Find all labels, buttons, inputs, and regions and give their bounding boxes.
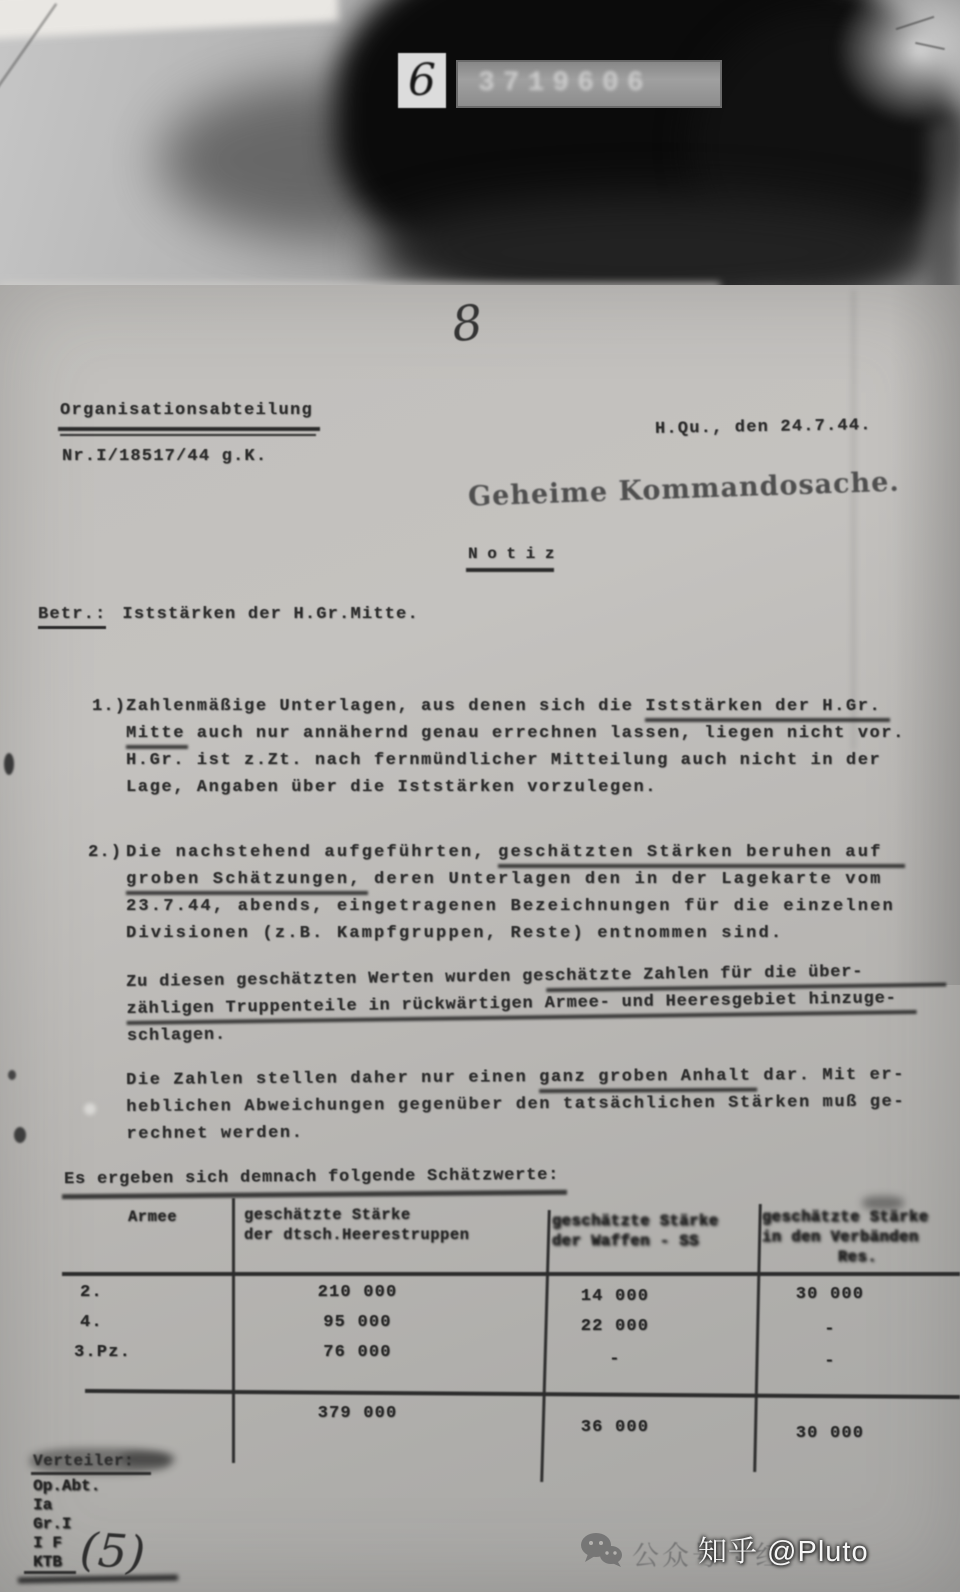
table-cell: 22 000 (560, 1317, 670, 1336)
department-line: Organisationsabteilung (60, 401, 313, 420)
distribution-title-underline (31, 1472, 151, 1475)
table-header-ss-1: geschätzte Stärke (552, 1212, 719, 1230)
frame-number: 3719606 (458, 62, 720, 99)
ktb-underline (24, 1571, 76, 1574)
table-cell: 2. (80, 1283, 170, 1302)
scanned-document: 6 3719606 8 Organisationsabteilung Nr.I/… (0, 0, 960, 1592)
stain-mark (8, 1070, 16, 1080)
underline-smear (126, 891, 368, 895)
paragraph-2: Die nachstehend aufgeführten, geschätzte… (126, 843, 956, 951)
table-header-verb-1: geschätzte Stärke (762, 1208, 929, 1226)
table-cell: 95 000 (290, 1313, 425, 1332)
para2-number: 2.) (88, 843, 122, 862)
distribution-title: Verteiler: (33, 1452, 134, 1470)
table-total-cell: 36 000 (560, 1418, 670, 1437)
underline-smear (126, 745, 188, 749)
table-header-ss-2: der Waffen - SS (552, 1232, 699, 1250)
underline-smear (498, 864, 905, 868)
page-number: 8 (449, 295, 485, 354)
subject-text: Iststärken der H.Gr.Mitte. (122, 605, 418, 624)
table-header-heer-2: der dtsch.Heerestruppen (244, 1226, 469, 1244)
text-line: Lage, Angaben über die Iststärken vorzul… (126, 778, 956, 805)
paper-fold-line (852, 290, 855, 750)
table-header-heer-1: geschätzte Stärke (244, 1206, 411, 1224)
subject-line: Betr.:Iststärken der H.Gr.Mitte. (38, 605, 419, 629)
table-header-verb-2: in den Verbänden (762, 1228, 919, 1246)
paragraph-4: Die Zahlen stellen daher nur einen ganz … (126, 1065, 957, 1152)
department-underline-2 (60, 434, 316, 436)
table-cell: 14 000 (560, 1287, 670, 1306)
table-cell: 210 000 (290, 1283, 425, 1302)
frame-digit: 6 (398, 53, 446, 108)
table-header-armee: Armee (128, 1208, 177, 1226)
handwritten-count: (5) (78, 1522, 147, 1580)
table-cell: 30 000 (775, 1285, 885, 1304)
stain-mark (4, 753, 14, 775)
text-line: Divisionen (z.B. Kampfgruppen, Reste) en… (126, 924, 956, 951)
paragraph-3: Zu diesen geschätzten Werten wurden gesc… (126, 961, 957, 1054)
subject-label: Betr.: (38, 605, 106, 629)
paragraph-1: Zahlenmäßige Unterlagen, aus denen sich … (126, 697, 956, 805)
table-cell: 4. (80, 1313, 170, 1332)
table-cell: - (560, 1350, 670, 1369)
table-cell: - (775, 1320, 885, 1339)
frame-number-strip: 3719606 (456, 60, 722, 108)
distribution-item: Op.Abt. (33, 1477, 100, 1496)
doc-title-underline (466, 568, 554, 572)
white-spot (84, 1103, 96, 1115)
top-right-light-patch (835, 0, 960, 125)
microfilm-photo-band: 6 3719606 (0, 0, 960, 300)
table-header-verb-3: Res. (838, 1248, 877, 1266)
text-line: 23.7.44, abends, eingetragenen Bezeichnu… (126, 897, 956, 924)
underline-smear (645, 718, 890, 722)
table-cell: - (775, 1352, 885, 1371)
wechat-icon (580, 1532, 624, 1573)
department-underline (58, 427, 320, 431)
scan-corner-sliver (0, 0, 339, 39)
right-edge-dark-band (928, 120, 960, 300)
text-line: H.Gr. ist z.Zt. nach fernmündlicher Mitt… (126, 751, 956, 778)
date-line: H.Qu., den 24.7.44. (655, 416, 872, 439)
distribution-item: Ia (33, 1496, 100, 1515)
table-header-separator (62, 1272, 960, 1276)
zhihu-watermark-text: 知乎 @Pluto (698, 1529, 869, 1570)
reference-line: Nr.I/18517/44 g.K. (62, 447, 267, 466)
frame-digit-box: 6 (398, 53, 446, 108)
para1-number: 1.) (92, 697, 126, 716)
text-line: Mitte auch nur annähernd genau errechnen… (126, 724, 956, 751)
table-cell: 3.Pz. (74, 1343, 174, 1362)
table-cell: 76 000 (290, 1343, 425, 1362)
table-vline-1 (232, 1198, 235, 1463)
table-total-cell: 379 000 (290, 1404, 425, 1423)
table-total-cell: 30 000 (775, 1424, 885, 1443)
stain-mark (14, 1127, 26, 1143)
doc-title: N o t i z (468, 545, 554, 563)
